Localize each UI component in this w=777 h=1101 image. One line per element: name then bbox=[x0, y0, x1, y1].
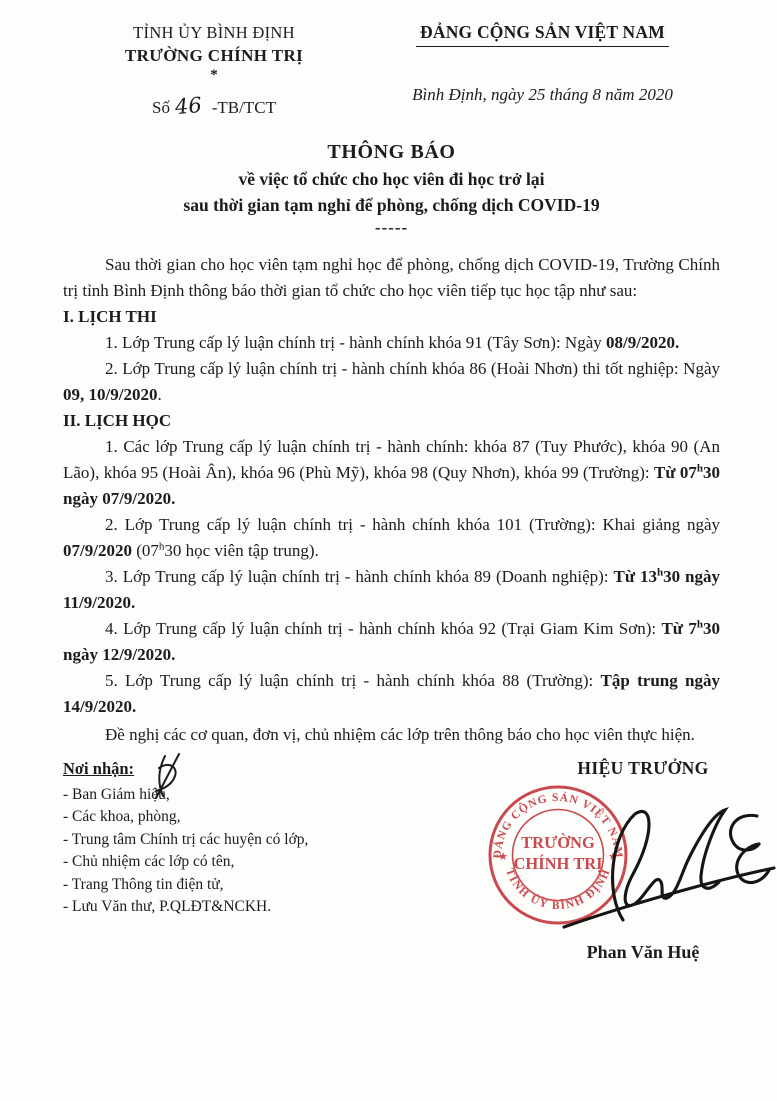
star-separator: * bbox=[63, 68, 365, 82]
issuing-authority: TỈNH ỦY BÌNH ĐỊNH bbox=[63, 22, 365, 44]
exam-item-1-date: 08/9/2020. bbox=[606, 333, 679, 352]
document-number-label: Số bbox=[152, 98, 170, 117]
recipient-item: - Lưu Văn thư, P.QLĐT&NCKH. bbox=[63, 896, 395, 919]
recipients-block: Nơi nhận: - Ban Giám hiệu, - Các khoa, p… bbox=[63, 758, 395, 1003]
class-item-4: 4. Lớp Trung cấp lý luận chính trị - hàn… bbox=[63, 616, 720, 668]
recipient-item: - Ban Giám hiệu, bbox=[63, 784, 395, 807]
recipient-item: - Chủ nhiệm các lớp có tên, bbox=[63, 851, 395, 874]
signature-block: HIỆU TRƯỞNG ĐẢNG CỘNG SẢN VIỆT NAM TỈNH … bbox=[395, 758, 720, 1003]
document-page: TỈNH ỦY BÌNH ĐỊNH TRƯỜNG CHÍNH TRỊ * Số4… bbox=[0, 0, 777, 1101]
seal-star-left: ★ bbox=[498, 851, 508, 863]
section-heading-exams: I. LỊCH THI bbox=[63, 304, 720, 330]
exam-item-2: 2. Lớp Trung cấp lý luận chính trị - hàn… bbox=[63, 356, 720, 408]
document-number-handwritten: 46 bbox=[174, 93, 203, 119]
class-item-2-date: 07/9/2020 bbox=[63, 541, 132, 560]
intro-paragraph: Sau thời gian cho học viên tạm nghỉ học … bbox=[63, 252, 720, 304]
class-item-3: 3. Lớp Trung cấp lý luận chính trị - hàn… bbox=[63, 564, 720, 616]
handwritten-initial-mark bbox=[149, 752, 183, 798]
class-item-2: 2. Lớp Trung cấp lý luận chính trị - hàn… bbox=[63, 512, 720, 564]
class-item-1: 1. Các lớp Trung cấp lý luận chính trị -… bbox=[63, 434, 720, 512]
closing-paragraph: Đề nghị các cơ quan, đơn vị, chủ nhiệm c… bbox=[63, 722, 720, 748]
document-header: TỈNH ỦY BÌNH ĐỊNH TRƯỜNG CHÍNH TRỊ * Số4… bbox=[63, 22, 720, 118]
exam-item-1: 1. Lớp Trung cấp lý luận chính trị - hàn… bbox=[63, 330, 720, 356]
subject-line-2: sau thời gian tạm nghỉ để phòng, chống d… bbox=[63, 192, 720, 218]
document-number-suffix: -TB/TCT bbox=[212, 98, 276, 117]
document-type-title: THÔNG BÁO bbox=[63, 138, 720, 166]
exam-item-2-date: 09, 10/9/2020 bbox=[63, 385, 157, 404]
title-divider: ----- bbox=[63, 218, 720, 238]
issuing-org-name: TRƯỜNG CHÍNH TRỊ bbox=[63, 44, 365, 68]
party-motto: ĐẢNG CỘNG SẢN VIỆT NAM bbox=[416, 22, 669, 47]
national-header-block: ĐẢNG CỘNG SẢN VIỆT NAM Bình Định, ngày 2… bbox=[365, 22, 720, 118]
signer-name: Phan Văn Huệ bbox=[479, 942, 777, 963]
subject-line-1: về việc tổ chức cho học viên đi học trở … bbox=[63, 166, 720, 192]
place-and-date: Bình Định, ngày 25 tháng 8 năm 2020 bbox=[365, 85, 720, 105]
document-body: Sau thời gian cho học viên tạm nghỉ học … bbox=[63, 252, 720, 748]
section-heading-classes: II. LỊCH HỌC bbox=[63, 408, 720, 434]
issuing-org-block: TỈNH ỦY BÌNH ĐỊNH TRƯỜNG CHÍNH TRỊ * Số4… bbox=[63, 22, 365, 118]
title-block: THÔNG BÁO về việc tổ chức cho học viên đ… bbox=[63, 138, 720, 238]
class-item-5: 5. Lớp Trung cấp lý luận chính trị - hàn… bbox=[63, 668, 720, 720]
document-number: Số46-TB/TCT bbox=[63, 94, 365, 118]
signature-ink bbox=[561, 774, 777, 936]
recipient-item: - Các khoa, phòng, bbox=[63, 806, 395, 829]
recipient-item: - Trung tâm Chính trị các huyện có lớp, bbox=[63, 829, 395, 852]
recipient-item: - Trang Thông tin điện tử, bbox=[63, 874, 395, 897]
recipients-heading: Nơi nhận: bbox=[63, 758, 395, 781]
